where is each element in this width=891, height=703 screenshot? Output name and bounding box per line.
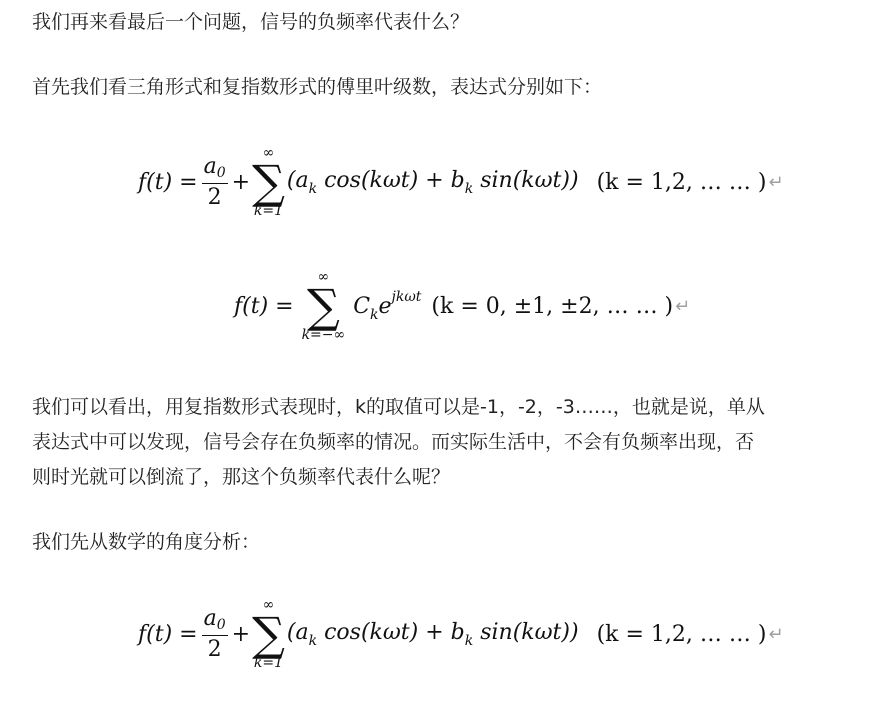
summation: ∞ ∑ k=1 xyxy=(252,598,285,670)
paragraph-intro: 首先我们看三角形式和复指数形式的傅里叶级数，表达式分别如下： xyxy=(32,70,602,105)
k-condition: (k = 1,2, … … ) xyxy=(597,170,767,195)
formula-lhs: f(t) = xyxy=(138,622,198,647)
series-body: (ak cos(kωt) + bk sin(kωt)) xyxy=(287,168,579,197)
fraction-a0-over-2: a0 2 xyxy=(202,156,228,209)
paragraph-analysis-line1: 我们可以看出，用复指数形式表现时，k的取值可以是-1，-2，-3……，也就是说，… xyxy=(32,390,765,425)
k-condition: (k = 1,2, … … ) xyxy=(597,622,767,647)
series-term: Ckejkωt xyxy=(353,289,421,323)
series-body: (ak cos(kωt) + bk sin(kωt)) xyxy=(287,620,579,649)
return-mark-icon: ↵ xyxy=(768,624,783,645)
plus-sign: + xyxy=(232,622,250,647)
formula-lhs: f(t) = xyxy=(138,170,198,195)
summation: ∞ ∑ k=−∞ xyxy=(302,270,346,342)
formula-trig-fourier: f(t) = a0 2 + ∞ ∑ k=1 (ak cos(kωt) + bk … xyxy=(138,140,784,224)
return-mark-icon: ↵ xyxy=(675,296,690,317)
paragraph-question: 我们再来看最后一个问题，信号的负频率代表什么？ xyxy=(32,5,469,40)
paragraph-analysis-line2: 表达式中可以发现，信号会存在负频率的情况。而实际生活中，不会有负频率出现，否 xyxy=(32,425,754,460)
formula-trig-fourier-repeat: f(t) = a0 2 + ∞ ∑ k=1 (ak cos(kωt) + bk … xyxy=(138,592,784,676)
paragraph-analysis-line3: 则时光就可以倒流了，那这个负频率代表什么呢？ xyxy=(32,460,450,495)
summation: ∞ ∑ k=1 xyxy=(252,146,285,218)
formula-lhs: f(t) = xyxy=(234,294,294,319)
formula-complex-fourier: f(t) = ∞ ∑ k=−∞ Ckejkωt (k = 0, ±1, ±2, … xyxy=(234,264,690,348)
paragraph-math-perspective: 我们先从数学的角度分析： xyxy=(32,525,260,560)
return-mark-icon: ↵ xyxy=(768,172,783,193)
k-condition: (k = 0, ±1, ±2, … … ) xyxy=(431,294,673,319)
plus-sign: + xyxy=(232,170,250,195)
fraction-a0-over-2: a0 2 xyxy=(202,608,228,661)
